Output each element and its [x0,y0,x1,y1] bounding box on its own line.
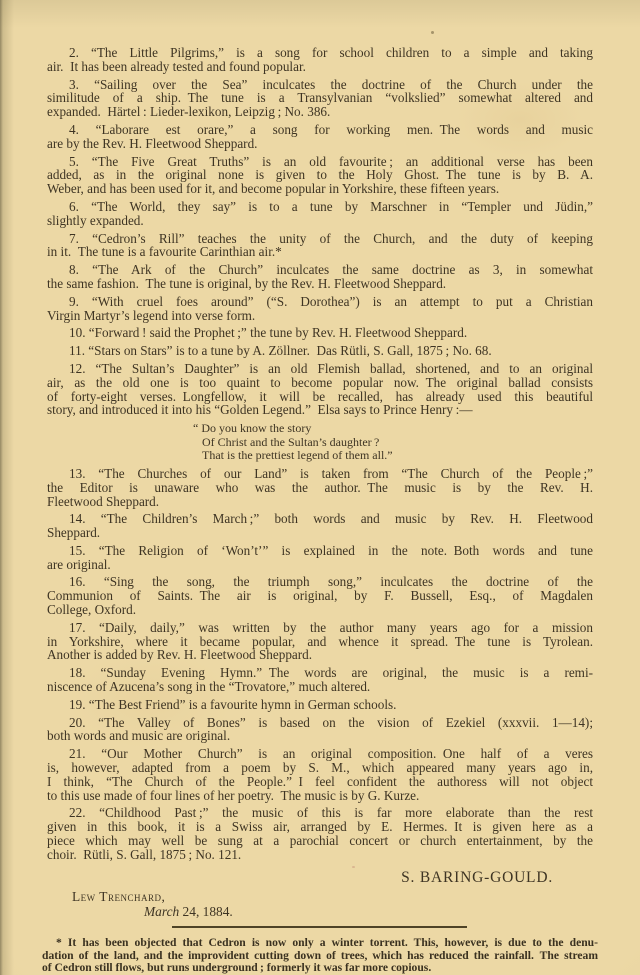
text-line: both words and music are original. [47,729,593,743]
text-line: That is the prettiest legend of them all… [193,449,593,463]
text-line: 3. “Sailing over the Sea” inculcates the… [47,78,593,92]
text-line: 10. “Forward ! said the Prophet ;” the t… [47,326,593,340]
footnote: * It has been objected that Cedron is no… [42,937,598,975]
text-line: 8. “The Ark of the Church” inculcates th… [47,263,593,277]
text-line: similitude of a ship. The tune is a Tran… [47,91,593,105]
text-line: piece which may well be sung at a paroch… [47,834,593,848]
text-line: the same fashion. The tune is original, … [47,277,593,291]
text-line: “ Do you know the story [193,422,593,436]
paragraph: 7. “Cedron’s Rill” teaches the unity of … [47,232,593,260]
paragraph-list: 2. “The Little Pilgrims,” is a song for … [47,46,593,862]
text-line: expanded. Härtel : Lieder-lexikon, Leipz… [47,105,593,119]
closing-date-month: March [144,904,179,919]
text-line: Fleetwood Sheppard. [47,495,593,509]
paragraph: 6. “The World, they say” is to a tune by… [47,200,593,228]
text-line: I think, “The Church of the People.” I f… [47,775,593,789]
paragraph: 19. “The Best Friend” is a favourite hym… [47,698,593,712]
text-line: to this use made of four lines of her po… [47,789,593,803]
text-line: 18. “Sunday Evening Hymn.” The words are… [47,666,593,680]
paragraph: 12. “The Sultan’s Daughter” is an old Fl… [47,362,593,417]
paragraph: 5. “The Five Great Truths” is an old fav… [47,155,593,196]
text-line: * It has been objected that Cedron is no… [42,937,598,950]
text-line: 21. “Our Mother Church” is an original c… [47,747,593,761]
text-line: niscence of Azucena’s song in the “Trova… [47,680,593,694]
page-content: 2. “The Little Pilgrims,” is a song for … [47,46,593,975]
text-line: air. It has been already tested and foun… [47,60,593,74]
text-line: 4. “Laborare est orare,” a song for work… [47,123,593,137]
book-page: 2. “The Little Pilgrims,” is a song for … [0,0,640,975]
paragraph: 17. “Daily, daily,” was written by the a… [47,621,593,662]
text-line: 9. “With cruel foes around” (“S. Dorothe… [47,295,593,309]
text-line: Sheppard. [47,526,593,540]
paragraph: 10. “Forward ! said the Prophet ;” the t… [47,326,593,340]
text-line: 11. “Stars on Stars” is to a tune by A. … [47,344,593,358]
paragraph: 18. “Sunday Evening Hymn.” The words are… [47,666,593,694]
text-line: 20. “The Valley of Bones” is based on th… [47,716,593,730]
paragraph: 15. “The Religion of ‘Won’t’” is explain… [47,544,593,572]
paragraph: 11. “Stars on Stars” is to a tune by A. … [47,344,593,358]
paragraph: 13. “The Churches of our Land” is taken … [47,467,593,508]
text-line: Weber, and has been used for it, and bec… [47,182,593,196]
paragraph: 21. “Our Mother Church” is an original c… [47,747,593,802]
text-line: 16. “Sing the song, the triumph song,” i… [47,575,593,589]
text-line: story, and introduced it into his “Golde… [47,403,593,417]
author-signature: S. BARING-GOULD. [47,869,593,886]
paragraph: 2. “The Little Pilgrims,” is a song for … [47,46,593,74]
text-line: 22. “Childhood Past ;” the music of this… [47,806,593,820]
verse-quote: “ Do you know the storyOf Christ and the… [47,422,593,463]
text-line: 14. “The Children’s March ;” both words … [47,512,593,526]
text-line: in Yorkshire, where it became popular, a… [47,635,593,649]
paragraph: 8. “The Ark of the Church” inculcates th… [47,263,593,291]
text-line: is, however, adapted from a poem by S. M… [47,761,593,775]
closing-date-rest: 24, 1884. [179,904,233,919]
text-line: slightly expanded. [47,214,593,228]
text-line: the Editor is unaware who was the author… [47,481,593,495]
text-line: Virgin Martyr’s legend into verse form. [47,309,593,323]
text-line: 6. “The World, they say” is to a tune by… [47,200,593,214]
closing-place: Lew Trenchard, [47,889,593,904]
text-line: are by the Rev. H. Fleetwood Sheppard. [47,137,593,151]
text-line: choir. Rütli, S. Gall, 1875 ; No. 121. [47,848,593,862]
paragraph: 22. “Childhood Past ;” the music of this… [47,806,593,861]
paragraph: 4. “Laborare est orare,” a song for work… [47,123,593,151]
text-line: 5. “The Five Great Truths” is an old fav… [47,155,593,169]
text-line: 19. “The Best Friend” is a favourite hym… [47,698,593,712]
text-line: are original. [47,558,593,572]
text-line: in it. The tune is a favourite Carinthia… [47,245,593,259]
text-line: Communion of Saints. The air is original… [47,589,593,603]
text-line: 17. “Daily, daily,” was written by the a… [47,621,593,635]
paragraph: 9. “With cruel foes around” (“S. Dorothe… [47,295,593,323]
text-line: 15. “The Religion of ‘Won’t’” is explain… [47,544,593,558]
paper-speck [431,31,434,34]
text-line: air, as the old one is too quaint to bec… [47,376,593,390]
text-line: Another is added by Rev. H. Fleetwood Sh… [47,648,593,662]
text-line: Of Christ and the Sultan’s daughter ? [193,436,593,450]
text-line: of Cedron still flows, but runs undergro… [42,962,598,975]
text-line: of forty-eight verses. Longfellow, it wi… [47,390,593,404]
text-line: 12. “The Sultan’s Daughter” is an old Fl… [47,362,593,376]
text-line: College, Oxford. [47,603,593,617]
paragraph: 20. “The Valley of Bones” is based on th… [47,716,593,744]
text-line: 7. “Cedron’s Rill” teaches the unity of … [47,232,593,246]
text-line: given in this book, it is a Swiss air, a… [47,820,593,834]
paragraph: 16. “Sing the song, the triumph song,” i… [47,575,593,616]
text-line: added, as in the original none is given … [47,168,593,182]
text-line: 2. “The Little Pilgrims,” is a song for … [47,46,593,60]
paragraph: 14. “The Children’s March ;” both words … [47,512,593,540]
footnote-divider [172,926,467,928]
text-line: 13. “The Churches of our Land” is taken … [47,467,593,481]
closing-date: March 24, 1884. [47,904,593,919]
paragraph: 3. “Sailing over the Sea” inculcates the… [47,78,593,119]
